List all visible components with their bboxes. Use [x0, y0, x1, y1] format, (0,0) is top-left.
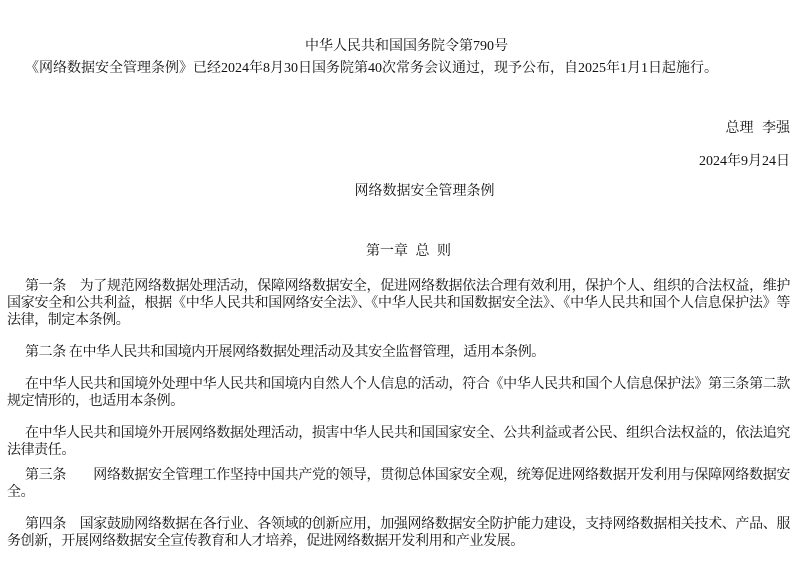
decree-title: 中华人民共和国国务院令第790号 — [15, 38, 798, 55]
chapter-heading: 第一章 总 则 — [17, 243, 800, 260]
publication-date: 2024年9月24日 — [7, 153, 790, 170]
article-1-paragraph: 第一条 为了规范网络数据处理活动，保障网络数据安全，促进网络数据依法合理有效利用… — [7, 278, 790, 329]
regulation-title: 网络数据安全管理条例 — [33, 183, 800, 200]
decree-intro: 《网络数据安全管理条例》已经2024年8月30日国务院第40次常务会议通过，现予… — [7, 60, 790, 77]
article-4-paragraph: 第四条 国家鼓励网络数据在各行业、各领域的创新应用，加强网络数据安全防护能力建设… — [7, 516, 790, 550]
article-2-extraterritorial-paragraph: 在中华人民共和国境外处理中华人民共和国境内自然人个人信息的活动，符合《中华人民共… — [7, 376, 790, 410]
article-2-paragraph: 第二条 在中华人民共和国境内开展网络数据处理活动及其安全监督管理，适用本条例。 — [7, 344, 790, 361]
article-2-liability-paragraph: 在中华人民共和国境外开展网络数据处理活动，损害中华人民共和国国家安全、公共利益或… — [7, 425, 790, 459]
article-3-paragraph: 第三条 网络数据安全管理工作坚持中国共产党的领导，贯彻总体国家安全观，统筹促进网… — [7, 467, 790, 501]
document-page: 中华人民共和国国务院令第790号 《网络数据安全管理条例》已经2024年8月30… — [0, 0, 800, 565]
signer-line: 总理 李强 — [7, 120, 790, 137]
